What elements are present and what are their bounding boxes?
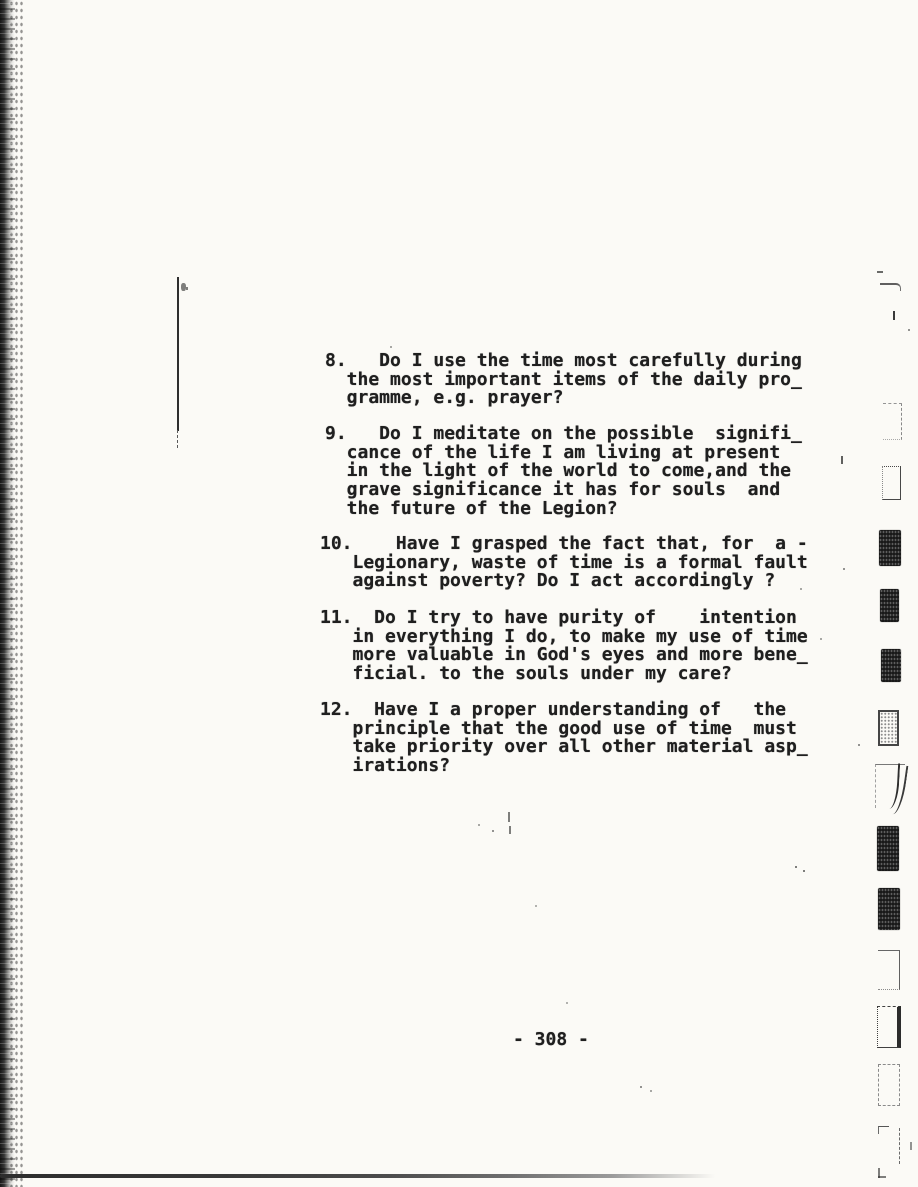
scan-speck	[640, 1086, 642, 1088]
question-9: 9. Do I meditate on the possible signifi…	[325, 425, 802, 519]
binding-hole-mark	[880, 283, 901, 291]
binding-hole-mark	[880, 589, 899, 622]
question-11: 11. Do I try to have purity of intention…	[320, 609, 808, 684]
binding-hole-mark	[875, 764, 905, 808]
scan-speck	[841, 456, 843, 464]
scan-speck	[186, 287, 188, 290]
margin-line	[177, 277, 179, 431]
scan-speck	[650, 1090, 652, 1092]
binding-hole-mark	[878, 1064, 900, 1106]
scan-speck	[508, 812, 510, 822]
scan-speck	[878, 1176, 886, 1178]
scan-speck	[795, 866, 797, 868]
question-10: 10. Have I grasped the fact that, for a …	[320, 535, 808, 591]
binding-hole-mark	[893, 311, 895, 320]
scan-speck	[820, 638, 822, 640]
scan-speck	[803, 870, 805, 872]
scan-speck	[800, 588, 802, 590]
scan-speck	[509, 826, 511, 834]
scan-speck	[877, 271, 883, 273]
binding-hole-mark	[883, 403, 902, 440]
scan-speck	[858, 744, 860, 746]
scan-speck	[478, 824, 480, 826]
question-12: 12. Have I a proper understanding of the…	[320, 701, 808, 776]
scan-edge-left	[0, 0, 15, 1187]
scan-speck	[390, 346, 392, 348]
scan-speck	[908, 329, 910, 331]
binding-hole-mark	[881, 649, 901, 682]
binding-hole-mark	[877, 1006, 901, 1048]
scan-speck	[910, 1142, 912, 1150]
page-number: - 308 -	[513, 1031, 589, 1050]
scan-speck	[843, 568, 845, 570]
binding-hole-mark	[877, 826, 899, 871]
scan-speck	[535, 905, 537, 907]
binding-hole-mark	[879, 530, 901, 566]
question-8: 8. Do I use the time most carefully duri…	[325, 352, 802, 408]
scan-edge-bottom	[0, 1174, 745, 1178]
binding-hole-mark	[878, 710, 899, 746]
scan-speck	[566, 1002, 568, 1004]
margin-line-tail	[177, 430, 178, 448]
scan-speck	[492, 830, 494, 832]
scanned-page: 8. Do I use the time most carefully duri…	[0, 0, 918, 1187]
binding-hole-mark	[878, 888, 900, 930]
binding-hole-mark	[882, 466, 901, 500]
binding-hole-mark	[878, 950, 900, 990]
